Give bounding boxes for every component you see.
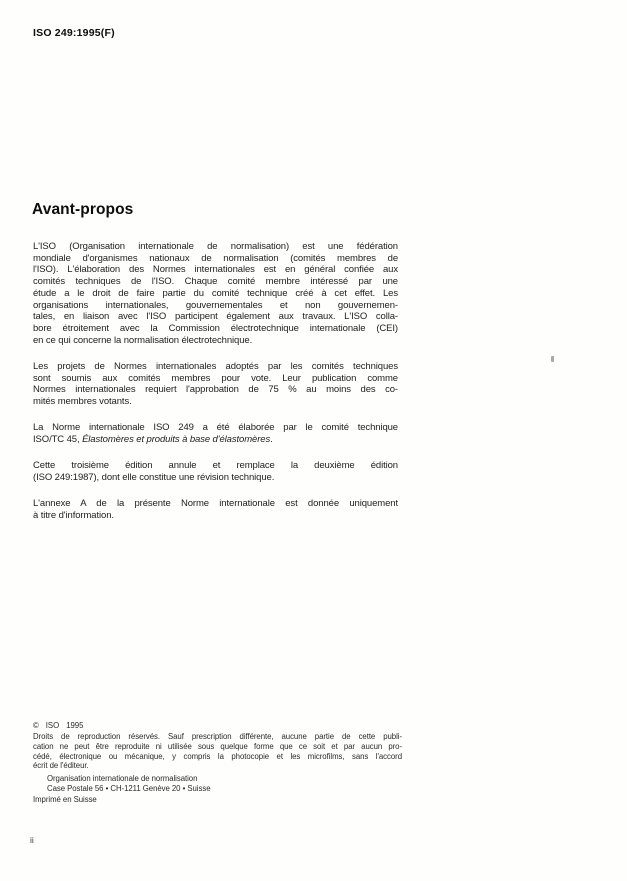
publisher-address: Organisation internationale de normalisa… — [47, 774, 402, 793]
committee-code: ISO/TC 45, — [33, 434, 82, 445]
text-line: Droits de reproduction réservés. Sauf pr… — [33, 732, 402, 742]
text-line: (ISO 249:1987), dont elle constitue une … — [33, 472, 398, 484]
text-line: bore étroitement avec la Commission élec… — [33, 323, 398, 335]
paragraph-edition: Cette troisième édition annule et rempla… — [33, 460, 398, 483]
paragraph-annex: L'annexe A de la présente Norme internat… — [33, 498, 398, 521]
text-line: Les projets de Normes internationales ad… — [33, 361, 398, 373]
text-line: comités techniques de l'ISO. Chaque comi… — [33, 276, 398, 288]
document-page: ISO 249:1995(F) Avant-propos L'ISO (Orga… — [0, 0, 627, 881]
copyright-line: © ISO 1995 — [33, 721, 402, 731]
paragraph-iso-description: L'ISO (Organisation internationale de no… — [33, 241, 398, 346]
text-line: La Norme internationale ISO 249 a été él… — [33, 422, 398, 434]
document-reference-header: ISO 249:1995(F) — [33, 27, 115, 39]
text-line: à titre d'information. — [33, 510, 398, 522]
foreword-body: L'ISO (Organisation internationale de no… — [33, 241, 398, 536]
text-line: Normes internationales requiert l'approb… — [33, 384, 398, 396]
text-line: cédé, électronique ou mécanique, y compr… — [33, 752, 402, 762]
text-line: L'annexe A de la présente Norme internat… — [33, 498, 398, 510]
text-line: l'ISO). L'élaboration des Normes interna… — [33, 264, 398, 276]
text-line: écrit de l'éditeur. — [33, 761, 402, 771]
text-line: mondiale d'organismes nationaux de norma… — [33, 253, 398, 265]
text-line: Case Postale 56 • CH-1211 Genève 20 • Su… — [47, 784, 402, 794]
text-line: L'ISO (Organisation internationale de no… — [33, 241, 398, 253]
paragraph-voting-rules: Les projets de Normes internationales ad… — [33, 361, 398, 408]
foreword-title: Avant-propos — [32, 201, 133, 219]
text-line: Organisation internationale de normalisa… — [47, 774, 402, 784]
printed-in-line: Imprimé en Suisse — [33, 795, 402, 805]
committee-name-italic: Élastomères et produits à base d'élastom… — [82, 434, 270, 445]
copyright-footer: © ISO 1995 Droits de reproduction réserv… — [33, 721, 402, 805]
text-line: Cette troisième édition annule et rempla… — [33, 460, 398, 472]
paragraph-committee: La Norme internationale ISO 249 a été él… — [33, 422, 398, 445]
text-line: sont soumis aux comités membres pour vot… — [33, 373, 398, 385]
sentence-end: . — [270, 434, 273, 445]
text-line: organisations internationales, gouvernem… — [33, 300, 398, 312]
reproduction-notice: Droits de reproduction réservés. Sauf pr… — [33, 732, 402, 771]
page-number: ii — [30, 835, 34, 845]
text-line: étude a le droit de faire partie du comi… — [33, 288, 398, 300]
text-line: ISO/TC 45, Élastomères et produits à bas… — [33, 434, 398, 446]
text-line: tales, en liaison avec l'ISO participent… — [33, 311, 398, 323]
text-line: en ce qui concerne la normalisation élec… — [33, 335, 398, 347]
text-line: cation ne peut être reproduite ni utilis… — [33, 742, 402, 752]
text-line: mités membres votants. — [33, 396, 398, 408]
scan-artifact — [551, 356, 554, 362]
